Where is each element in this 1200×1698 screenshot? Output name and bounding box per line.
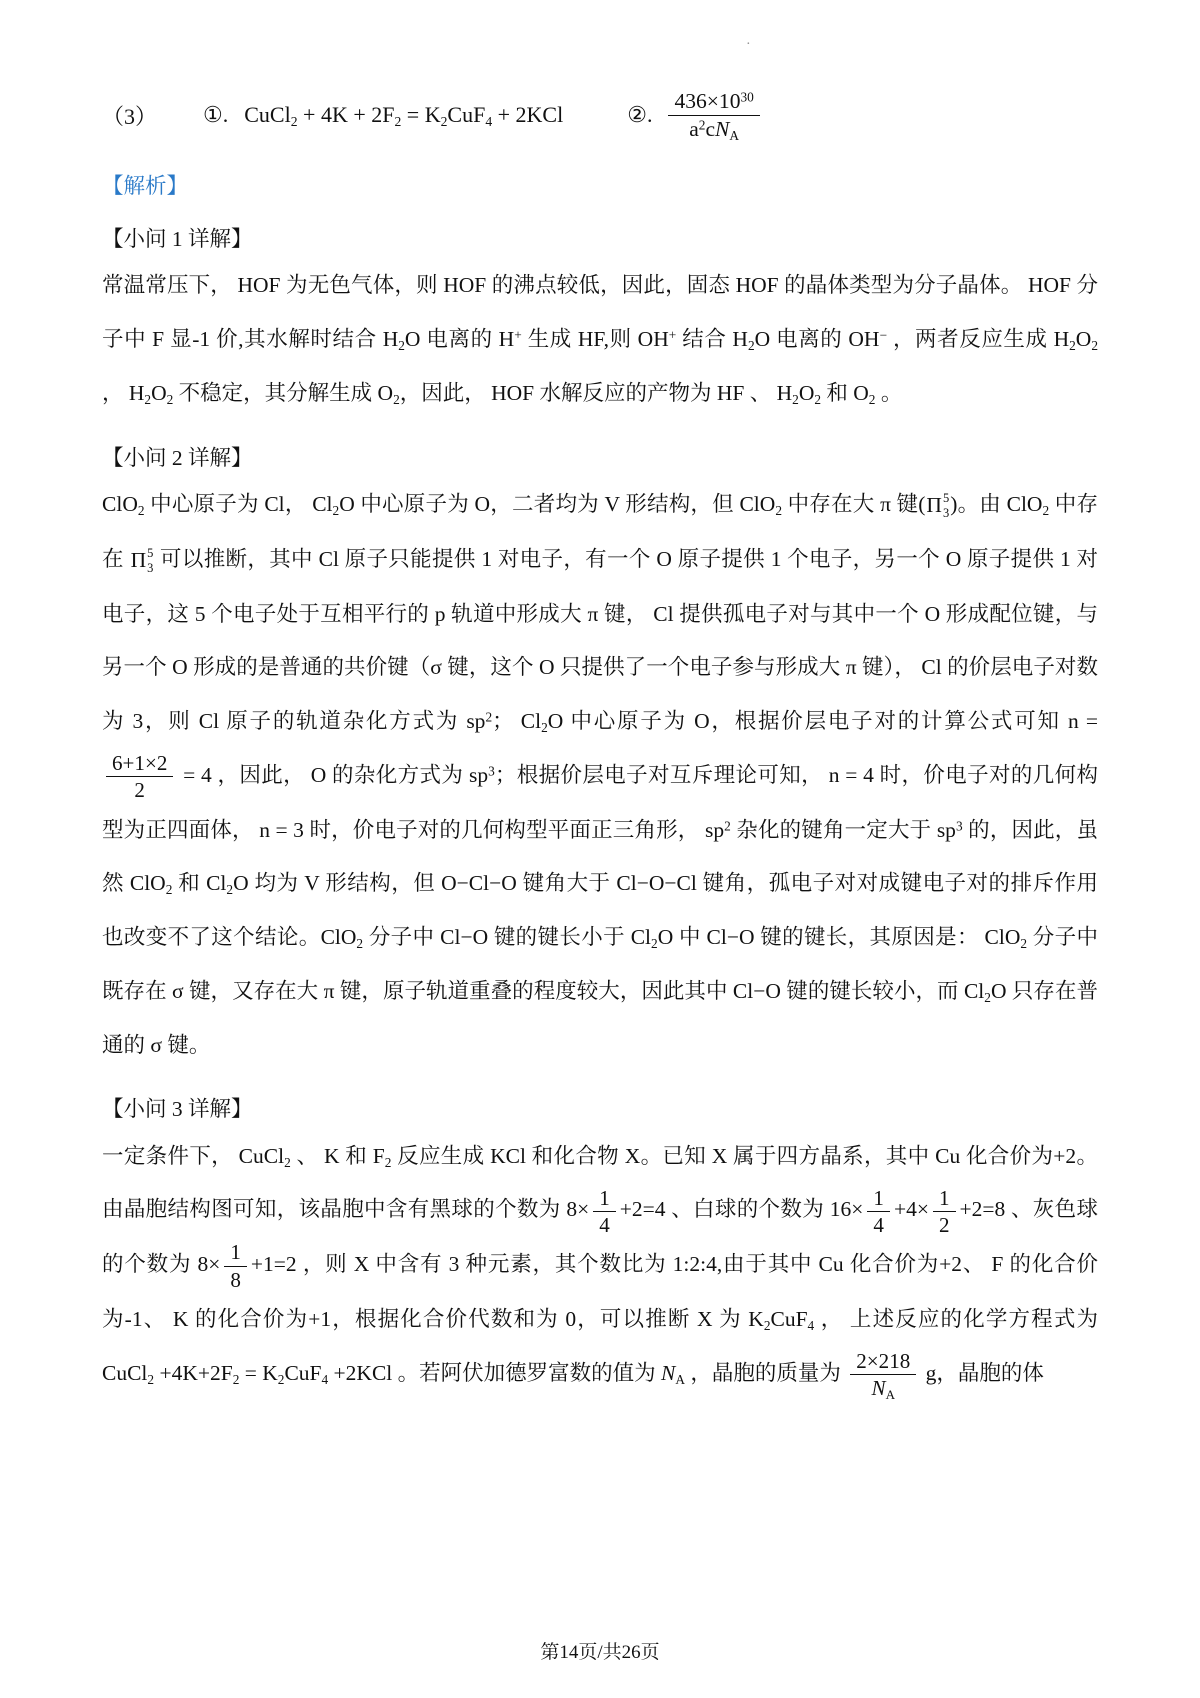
solution-paragraph-3: 一定条件下， CuCl2 、 K 和 F2 反应生成 KCl 和化合物 X。已知… [102,1130,1098,1402]
document-page: · （3） ①. CuCl2 + 4K + 2F2 = K2CuF4 + 2KC… [0,0,1200,1698]
answer-label: （3） [102,100,157,131]
answer-expression-2: 436×1030a2cNA [664,88,763,143]
page-content: （3） ①. CuCl2 + 4K + 2F2 = K2CuF4 + 2KCl … [0,0,1200,1402]
solution-paragraph-2: ClO2 中心原子为 Cl， Cl2O 中心原子为 O，二者均为 V 形结构，但… [102,478,1098,1073]
stray-dot-mark: · [746,38,751,52]
subquestion-3-heading: 【小问 3 详解】 [102,1094,1098,1125]
answer-line-q3: （3） ①. CuCl2 + 4K + 2F2 = K2CuF4 + 2KCl … [102,88,1098,143]
answer-equation-1: CuCl2 + 4K + 2F2 = K2CuF4 + 2KCl [244,102,563,128]
subquestion-2-heading: 【小问 2 详解】 [102,443,1098,474]
answer-item2-marker: ②. [627,102,652,128]
subquestion-1-heading: 【小问 1 详解】 [102,224,1098,255]
answer-item1-marker: ①. [203,102,228,128]
page-number: 第14页/共26页 [0,1637,1200,1664]
analysis-heading: 【解析】 [102,171,1098,202]
solution-paragraph-1: 常温常压下， HOF 为无色气体，则 HOF 的沸点较低，因此，固态 HOF 的… [102,259,1098,420]
